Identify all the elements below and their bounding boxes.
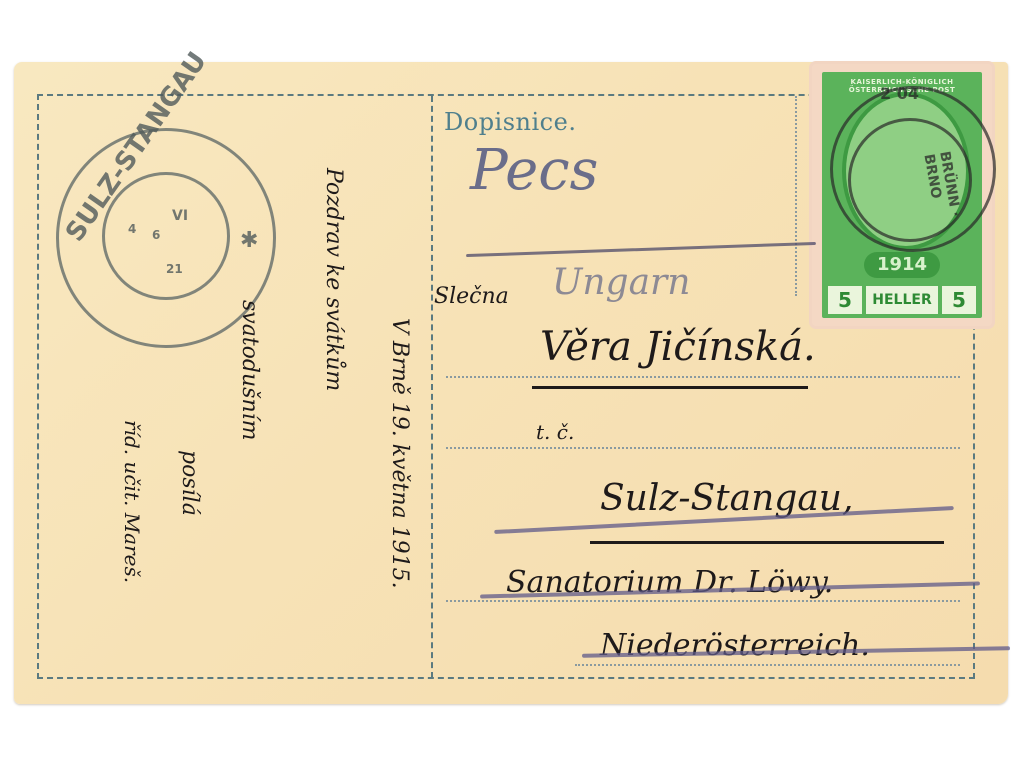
stamp-postmark-numerals: 2 04 bbox=[880, 84, 919, 103]
address-salutation: Slečna bbox=[434, 284, 509, 309]
address-abbrev: t. č. bbox=[536, 420, 574, 444]
town-underline bbox=[590, 541, 944, 544]
left-postmark-center-4: 21 bbox=[166, 262, 183, 276]
message-sender-line-2: říd. učit. Mareš. bbox=[120, 420, 144, 583]
postcard-title: Dopisnice. bbox=[444, 108, 576, 136]
message-greeting-line-1: Pozdrav ke svátkům bbox=[321, 168, 346, 391]
name-underline bbox=[532, 386, 808, 389]
stamp-value-right: 5 bbox=[942, 286, 976, 314]
message-place-date: V Brně 19. května 1915. bbox=[387, 318, 412, 589]
address-region: Niederösterreich. bbox=[600, 628, 870, 663]
stamp-value-left: 5 bbox=[828, 286, 862, 314]
pencil-redirect-pecs: Pecs bbox=[470, 138, 598, 203]
stamp-box-dotted-edge bbox=[795, 96, 797, 296]
message-address-divider bbox=[431, 96, 433, 678]
stamp-value-label: HELLER bbox=[866, 286, 938, 314]
address-line-1 bbox=[446, 376, 960, 378]
address-line-3 bbox=[446, 600, 960, 602]
address-name: Věra Jičínská. bbox=[540, 324, 816, 370]
stamp-year: 1914 bbox=[864, 252, 940, 278]
address-line-4 bbox=[575, 664, 960, 666]
pencil-scrawl-ungarn: Ungarn bbox=[552, 262, 690, 303]
left-postmark-center-1: 4 bbox=[128, 222, 136, 236]
message-greeting-line-2: svatodušním bbox=[237, 300, 262, 441]
left-postmark-star-icon: ✱ bbox=[240, 228, 258, 253]
left-postmark-center-2: 6 bbox=[152, 228, 160, 242]
left-postmark-center-3: VI bbox=[172, 208, 188, 224]
address-line-2 bbox=[446, 447, 960, 449]
message-sender-line-1: posílá bbox=[177, 450, 202, 516]
